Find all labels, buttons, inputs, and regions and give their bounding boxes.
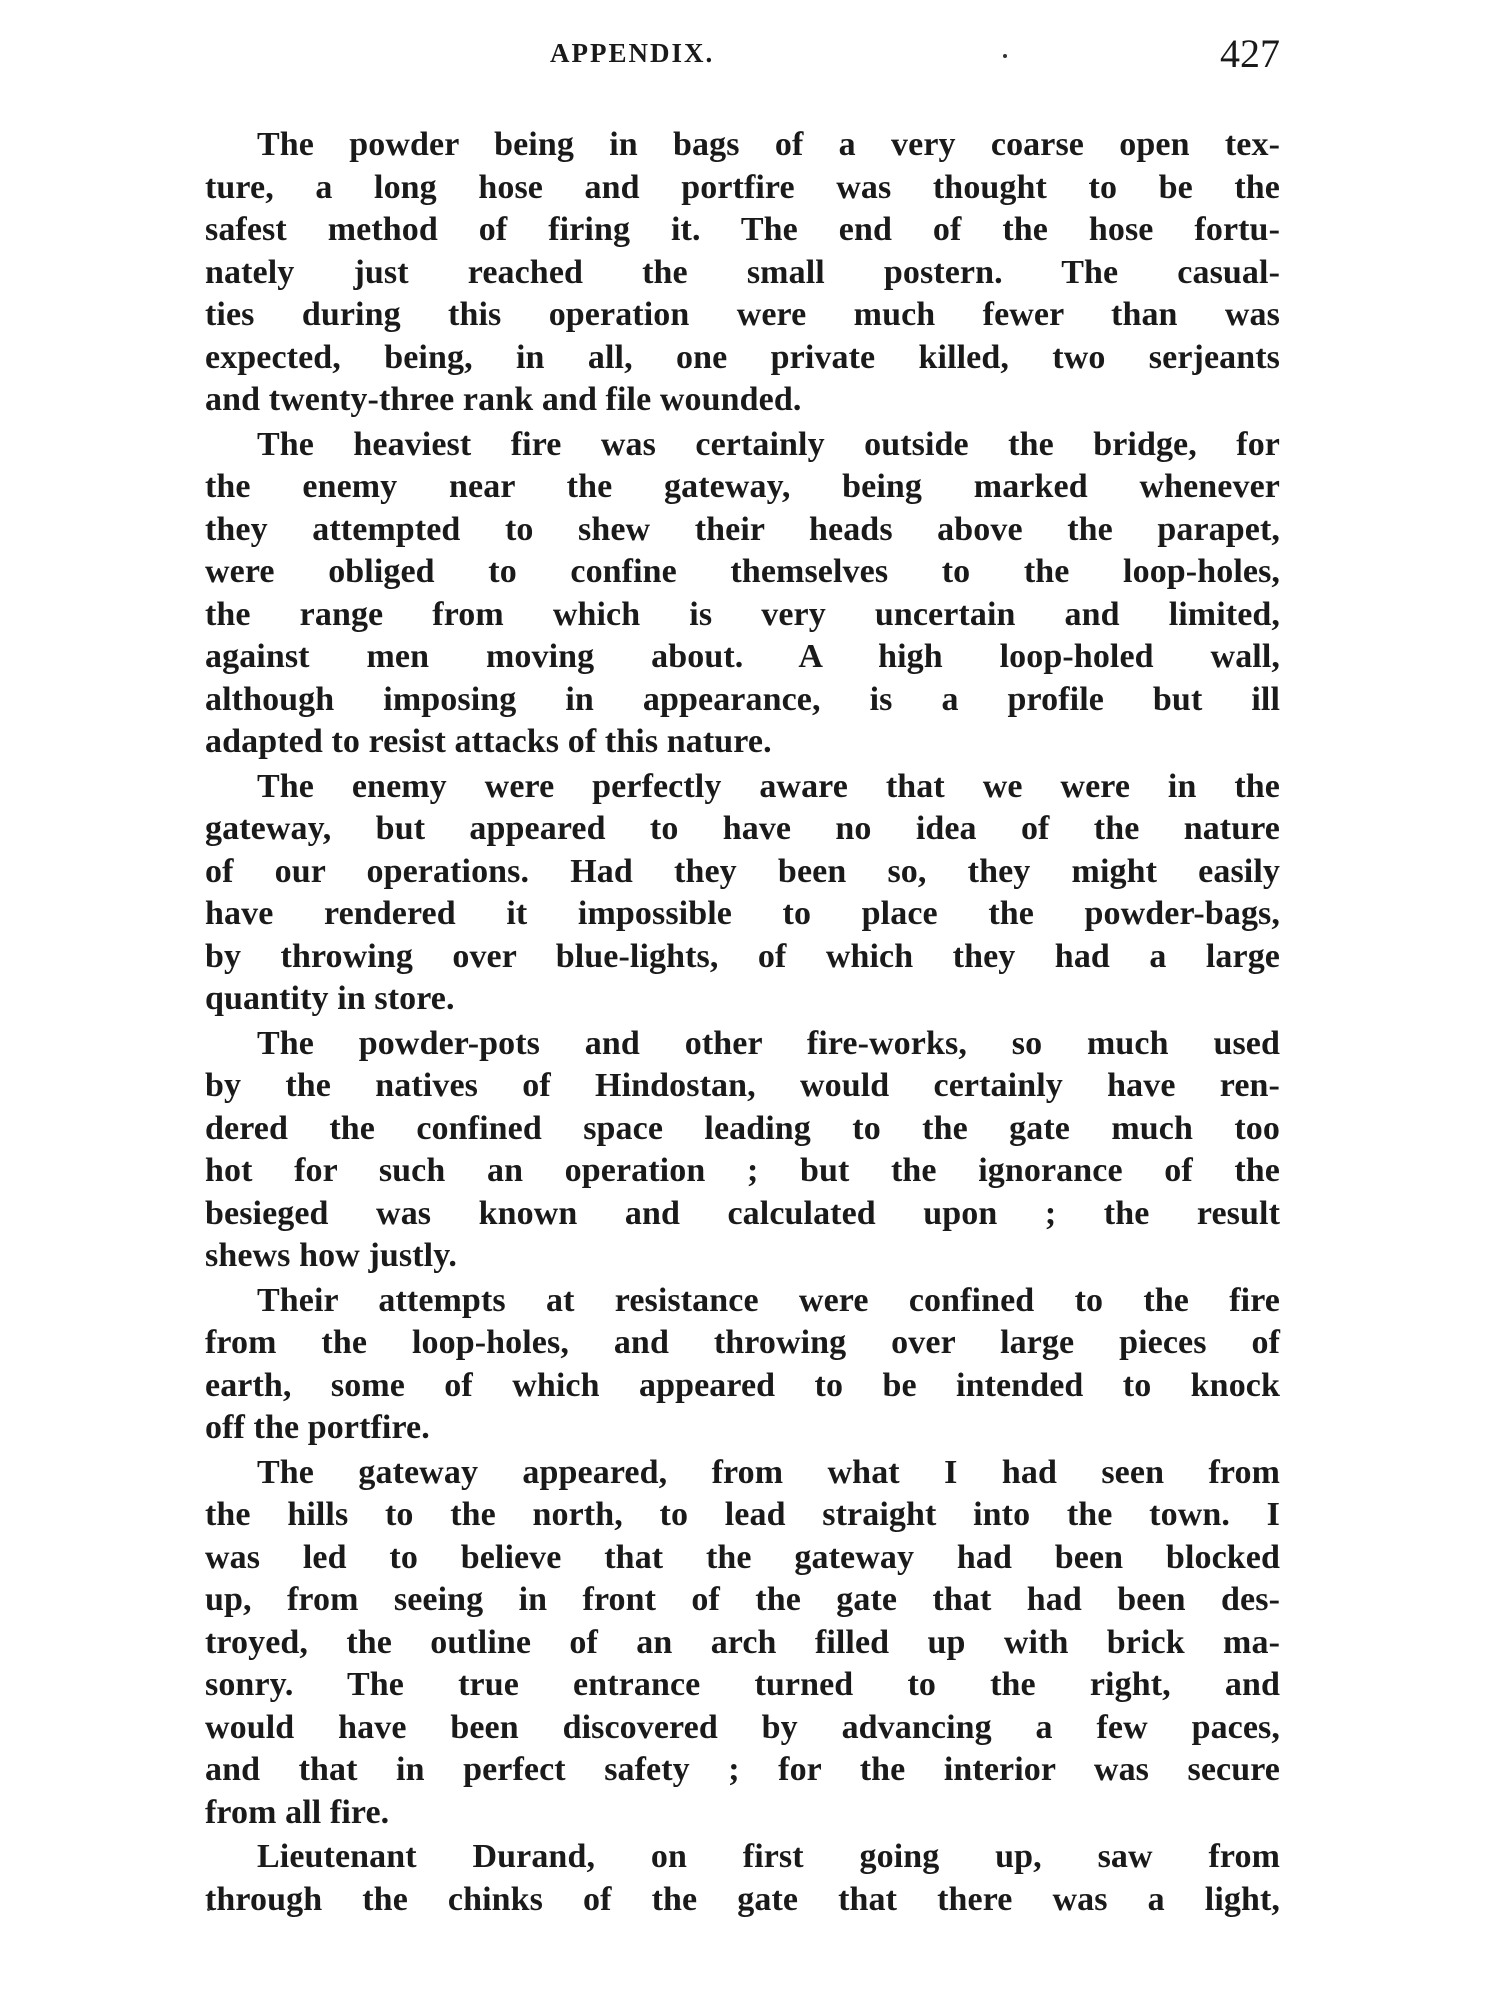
text-line: ture, a long hose and portfire was thoug… [205,167,1280,210]
text-line: and twenty-three rank and file wounded. [205,379,1280,422]
paragraph-resistance: Their attempts at resistance were confin… [205,1280,1280,1450]
text-line: from all fire. [205,1792,1280,1835]
text-line: up, from seeing in front of the gate tha… [205,1579,1280,1622]
text-line: by the natives of Hindostan, would certa… [205,1065,1280,1108]
text-line: besieged was known and calculated upon ;… [205,1193,1280,1236]
text-line: of our operations. Had they been so, the… [205,851,1280,894]
text-line: from the loop-holes, and throwing over l… [205,1322,1280,1365]
text-line: Their attempts at resistance were confin… [205,1280,1280,1323]
text-line: ties during this operation were much few… [205,294,1280,337]
text-line: safest method of firing it. The end of t… [205,209,1280,252]
paragraph-enemy-aware: The enemy were perfectly aware that we w… [205,766,1280,1021]
text-line: earth, some of which appeared to be inte… [205,1365,1280,1408]
text-line: expected, being, in all, one private kil… [205,337,1280,380]
text-line: and that in perfect safety ; for the int… [205,1749,1280,1792]
paragraph-heaviest-fire: The heaviest fire was certainly outside … [205,424,1280,764]
paragraph-lieutenant-durand: Lieutenant Durand, on first going up, sa… [205,1836,1280,1921]
text-line: The gateway appeared, from what I had se… [205,1452,1280,1495]
text-line: The enemy were perfectly aware that we w… [205,766,1280,809]
text-line: the range from which is very uncertain a… [205,594,1280,637]
text-line: sonry. The true entrance turned to the r… [205,1664,1280,1707]
text-line: Lieutenant Durand, on first going up, sa… [205,1836,1280,1879]
paragraph-gateway: The gateway appeared, from what I had se… [205,1452,1280,1835]
page-number: 427 [1220,30,1280,77]
text-line: through the chinks of the gate that ther… [205,1879,1280,1922]
paragraph-powder-pots: The powder-pots and other fire-works, so… [205,1023,1280,1278]
book-page: APPENDIX. 427 The powder being in bags o… [0,0,1500,2000]
text-line: dered the confined space leading to the … [205,1108,1280,1151]
printer-mark [1003,54,1007,58]
text-line: the hills to the north, to lead straight… [205,1494,1280,1537]
text-line: have rendered it impossible to place the… [205,893,1280,936]
text-line: off the portfire. [205,1407,1280,1450]
text-line: was led to believe that the gateway had … [205,1537,1280,1580]
text-line: troyed, the outline of an arch filled up… [205,1622,1280,1665]
text-line: against men moving about. A high loop-ho… [205,636,1280,679]
text-line: nately just reached the small postern. T… [205,252,1280,295]
text-line: although imposing in appearance, is a pr… [205,679,1280,722]
running-title: APPENDIX. [550,38,714,69]
text-line: they attempted to shew their heads above… [205,509,1280,552]
body-text: The powder being in bags of a very coars… [205,124,1280,1923]
running-head: APPENDIX. 427 [205,34,1280,84]
text-line: the enemy near the gateway, being marked… [205,466,1280,509]
stray-ink-mark [207,1908,210,1911]
text-line: quantity in store. [205,978,1280,1021]
text-line: The powder-pots and other fire-works, so… [205,1023,1280,1066]
text-line: shews how justly. [205,1235,1280,1278]
text-line: by throwing over blue-lights, of which t… [205,936,1280,979]
paragraph-powder-bags: The powder being in bags of a very coars… [205,124,1280,422]
text-line: The heaviest fire was certainly outside … [205,424,1280,467]
text-line: gateway, but appeared to have no idea of… [205,808,1280,851]
text-line: would have been discovered by advancing … [205,1707,1280,1750]
text-line: were obliged to confine themselves to th… [205,551,1280,594]
text-line: hot for such an operation ; but the igno… [205,1150,1280,1193]
text-line: The powder being in bags of a very coars… [205,124,1280,167]
text-line: adapted to resist attacks of this nature… [205,721,1280,764]
